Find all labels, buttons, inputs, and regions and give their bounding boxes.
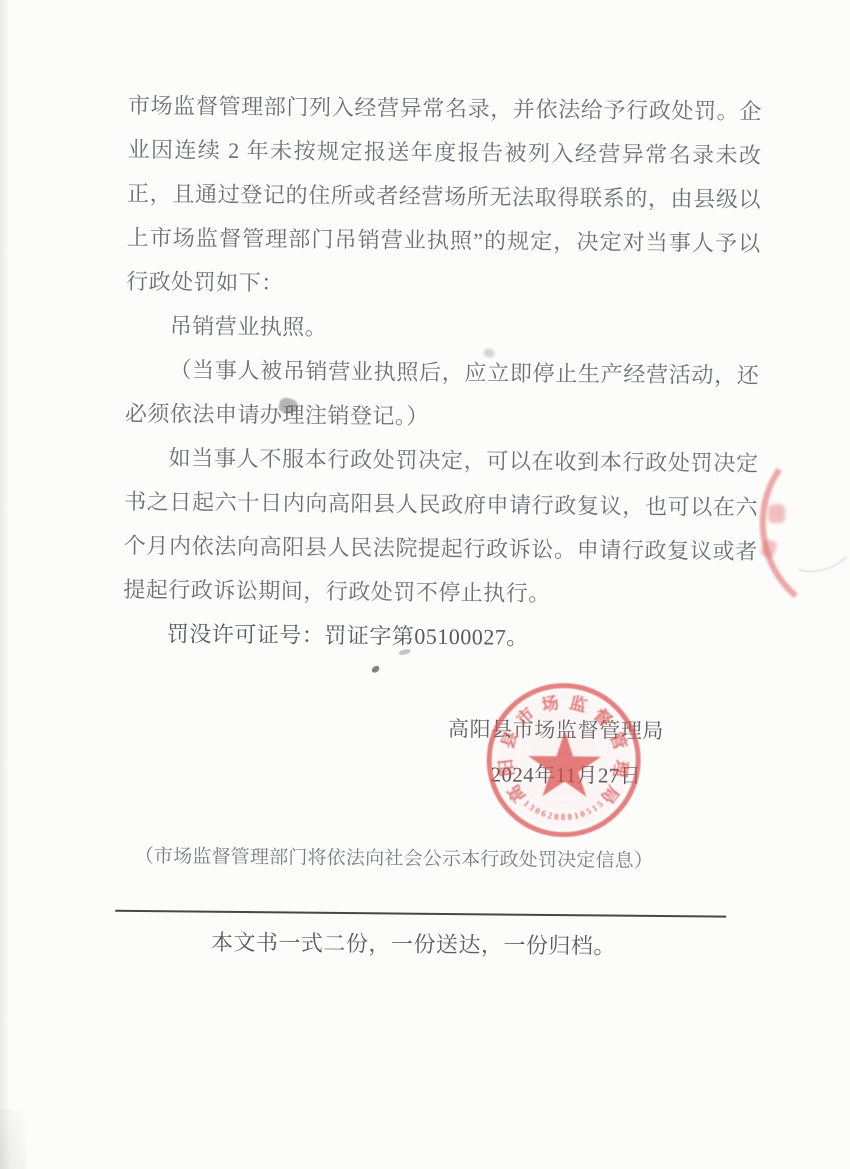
body-line: 市场监督管理部门列入经营异常名录，并依法给予行政处罚。企 bbox=[128, 84, 762, 134]
body-line: （当事人被吊销营业执照后，应立即停止生产经营活动，还 bbox=[125, 348, 759, 398]
official-seal: 高阳县市场监督管理局 1306288810515 bbox=[486, 682, 641, 837]
body-line: 个月内依法向高阳县人民法院提起行政诉讼。申请行政复议或者 bbox=[124, 524, 758, 574]
body-line: 上市场监督管理部门吊销营业执照”的规定，决定对当事人予以 bbox=[126, 216, 760, 266]
footer-divider bbox=[115, 910, 726, 918]
scanned-document-page: 市场监督管理部门列入经营异常名录，并依法给予行政处罚。企业因连续 2 年未按规定… bbox=[0, 0, 850, 1169]
partial-seal-glyph bbox=[768, 504, 785, 523]
body-line: 书之日起六十日内向高阳县人民政府申请行政复议，也可以在六 bbox=[124, 480, 758, 530]
seal-code-number: 1306288810515 bbox=[486, 682, 641, 837]
footer-copies-note: 本文书一式二份，一份送达，一份归档。 bbox=[211, 926, 616, 961]
body-line: 业因连续 2 年未按规定报送年度报告被列入经营异常名录未改 bbox=[127, 128, 761, 178]
publicity-note: （市场监督管理部门将依法向社会公示本行政处罚决定信息） bbox=[135, 841, 654, 873]
body-line: 提起行政诉讼期间，行政处罚不停止执行。 bbox=[123, 568, 757, 618]
document-body: 市场监督管理部门列入经营异常名录，并依法给予行政处罚。企业因连续 2 年未按规定… bbox=[123, 84, 762, 662]
body-line: 如当事人不服本行政处罚决定，可以在收到本行政处罚决定 bbox=[124, 436, 758, 486]
scan-smudge bbox=[484, 348, 495, 357]
body-line: 吊销营业执照。 bbox=[126, 304, 760, 354]
body-line: 行政处罚如下： bbox=[126, 260, 760, 310]
body-line: 正，且通过登记的住所或者经营场所无法取得联系的，由县级以 bbox=[127, 172, 761, 222]
partial-seal bbox=[749, 425, 850, 626]
scan-speck bbox=[371, 665, 381, 674]
body-line: 罚没许可证号：罚证字第05100027。 bbox=[123, 612, 757, 662]
document-sheet: 市场监督管理部门列入经营异常名录，并依法给予行政处罚。企业因连续 2 年未按规定… bbox=[0, 0, 850, 1169]
body-line: 必须依法申请办理注销登记。） bbox=[125, 392, 759, 442]
